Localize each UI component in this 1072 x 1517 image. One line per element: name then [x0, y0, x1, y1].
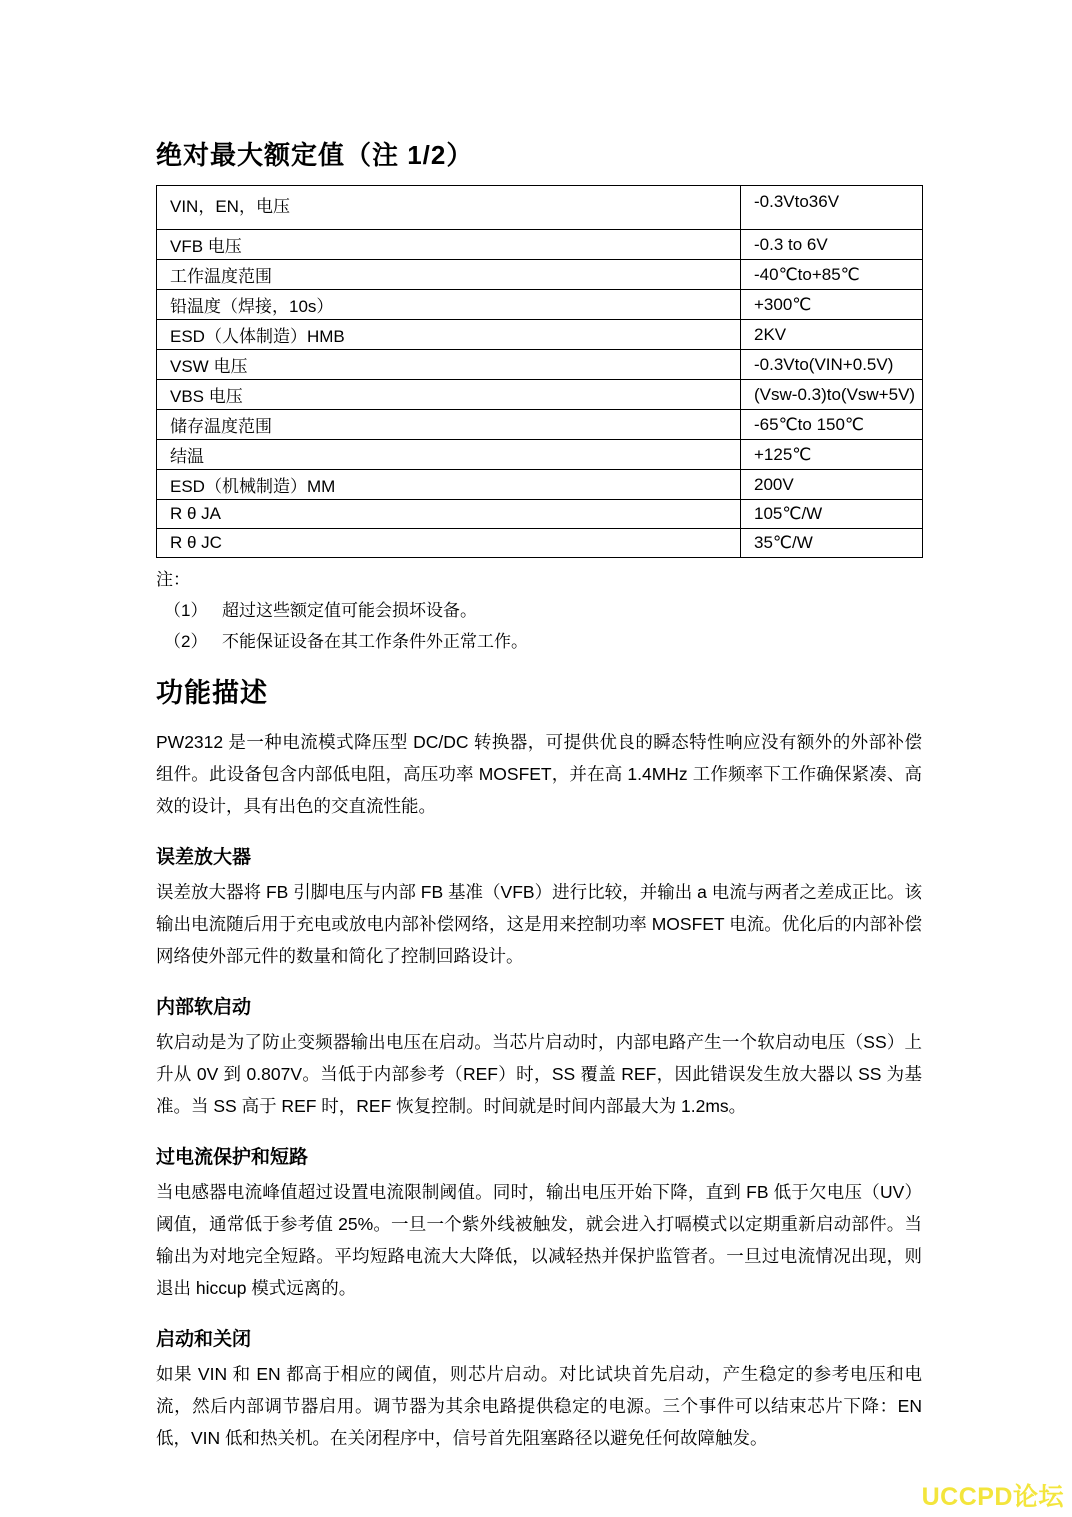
- param-cell: R θ JA: [157, 500, 741, 529]
- table-row: 工作温度范围 -40℃to+85℃: [157, 260, 923, 290]
- subsection-error-amplifier: 误差放大器 误差放大器将 FB 引脚电压与内部 FB 基准（VFB）进行比较，并…: [156, 844, 922, 972]
- absolute-maximum-ratings-table: VIN，EN，电压 -0.3Vto36V VFB 电压 -0.3 to 6V 工…: [156, 185, 923, 558]
- param-cell: 结温: [157, 440, 741, 470]
- function-description-heading: 功能描述: [156, 675, 922, 711]
- subsection-heading: 误差放大器: [156, 844, 922, 872]
- param-cell: VBS 电压: [157, 380, 741, 410]
- note-number: （1）: [164, 595, 222, 626]
- table-row: R θ JA 105℃/W: [157, 500, 923, 529]
- param-cell: 铅温度（焊接，10s）: [157, 290, 741, 320]
- note-number: （2）: [164, 626, 222, 657]
- value-cell: 200V: [741, 470, 923, 500]
- page-title: 绝对最大额定值（注 1/2）: [156, 138, 922, 172]
- table-row: VFB 电压 -0.3 to 6V: [157, 230, 923, 260]
- note-text: 不能保证设备在其工作条件外正常工作。: [222, 626, 528, 657]
- table-row: VSW 电压 -0.3Vto(VIN+0.5V): [157, 350, 923, 380]
- value-cell: 105℃/W: [741, 500, 923, 529]
- note-item: （1） 超过这些额定值可能会损坏设备。: [156, 595, 922, 626]
- table-row: 铅温度（焊接，10s） +300℃: [157, 290, 923, 320]
- notes-label: 注：: [156, 565, 922, 595]
- table-row: 结温 +125℃: [157, 440, 923, 470]
- param-cell: 储存温度范围: [157, 410, 741, 440]
- subsection-body: 如果 VIN 和 EN 都高于相应的阈值，则芯片启动。对比试块首先启动，产生稳定…: [156, 1358, 922, 1454]
- watermark: UCCPD论坛: [922, 1477, 1064, 1513]
- param-cell: 工作温度范围: [157, 260, 741, 290]
- value-cell: -65℃to 150℃: [741, 410, 923, 440]
- subsection-body: 当电感器电流峰值超过设置电流限制阈值。同时，输出电压开始下降，直到 FB 低于欠…: [156, 1176, 922, 1304]
- subsection-body: 误差放大器将 FB 引脚电压与内部 FB 基准（VFB）进行比较，并输出 a 电…: [156, 876, 922, 972]
- value-cell: -0.3Vto36V: [741, 186, 923, 230]
- table-row: ESD（人体制造）HMB 2KV: [157, 320, 923, 350]
- value-cell: (Vsw-0.3)to(Vsw+5V): [741, 380, 923, 410]
- param-cell: VIN，EN，电压: [157, 186, 741, 230]
- page-content: 绝对最大额定值（注 1/2） VIN，EN，电压 -0.3Vto36V VFB …: [156, 138, 922, 1454]
- table-row: R θ JC 35℃/W: [157, 529, 923, 558]
- function-description-intro: PW2312 是一种电流模式降压型 DC/DC 转换器，可提供优良的瞬态特性响应…: [156, 726, 922, 822]
- param-cell: VFB 电压: [157, 230, 741, 260]
- value-cell: -0.3Vto(VIN+0.5V): [741, 350, 923, 380]
- value-cell: +125℃: [741, 440, 923, 470]
- subsection-heading: 内部软启动: [156, 994, 922, 1022]
- table-row: 储存温度范围 -65℃to 150℃: [157, 410, 923, 440]
- param-cell: ESD（机械制造）MM: [157, 470, 741, 500]
- table-row: VIN，EN，电压 -0.3Vto36V: [157, 186, 923, 230]
- datasheet-page: { "title": "绝对最大额定值（注 1/2）", "ratings_ta…: [0, 0, 1072, 1517]
- value-cell: 35℃/W: [741, 529, 923, 558]
- subsection-internal-soft-start: 内部软启动 软启动是为了防止变频器输出电压在启动。当芯片启动时，内部电路产生一个…: [156, 994, 922, 1122]
- value-cell: 2KV: [741, 320, 923, 350]
- value-cell: -40℃to+85℃: [741, 260, 923, 290]
- subsection-overcurrent-protection: 过电流保护和短路 当电感器电流峰值超过设置电流限制阈值。同时，输出电压开始下降，…: [156, 1144, 922, 1304]
- note-item: （2） 不能保证设备在其工作条件外正常工作。: [156, 626, 922, 657]
- param-cell: VSW 电压: [157, 350, 741, 380]
- table-row: VBS 电压 (Vsw-0.3)to(Vsw+5V): [157, 380, 923, 410]
- param-cell: ESD（人体制造）HMB: [157, 320, 741, 350]
- notes-block: 注： （1） 超过这些额定值可能会损坏设备。 （2） 不能保证设备在其工作条件外…: [156, 565, 922, 657]
- subsection-heading: 启动和关闭: [156, 1326, 922, 1354]
- table-row: ESD（机械制造）MM 200V: [157, 470, 923, 500]
- subsection-body: 软启动是为了防止变频器输出电压在启动。当芯片启动时，内部电路产生一个软启动电压（…: [156, 1026, 922, 1122]
- subsection-heading: 过电流保护和短路: [156, 1144, 922, 1172]
- note-text: 超过这些额定值可能会损坏设备。: [222, 595, 477, 626]
- value-cell: -0.3 to 6V: [741, 230, 923, 260]
- subsection-startup-shutdown: 启动和关闭 如果 VIN 和 EN 都高于相应的阈值，则芯片启动。对比试块首先启…: [156, 1326, 922, 1454]
- value-cell: +300℃: [741, 290, 923, 320]
- param-cell: R θ JC: [157, 529, 741, 558]
